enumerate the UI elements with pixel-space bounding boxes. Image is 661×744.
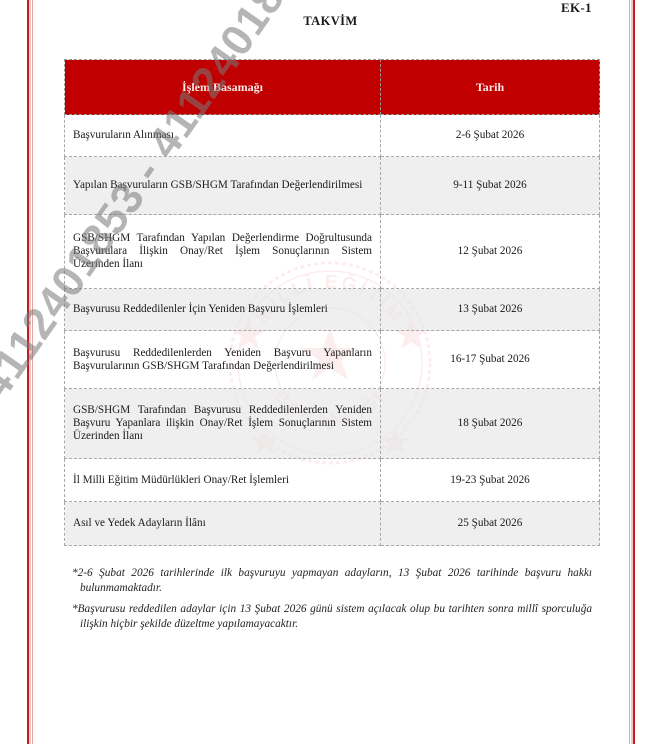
table-row: GSB/SHGM Tarafından Başvurusu Reddedilen… xyxy=(65,389,600,459)
table-header-row: İşlem Basamağı Tarih xyxy=(65,60,600,115)
step-cell: İl Milli Eğitim Müdürlükleri Onay/Ret İş… xyxy=(65,459,381,502)
date-cell: 12 Şubat 2026 xyxy=(381,215,600,289)
column-header-step: İşlem Basamağı xyxy=(65,60,381,115)
date-cell: 16-17 Şubat 2026 xyxy=(381,331,600,389)
schedule-table: İşlem Basamağı Tarih Başvuruların Alınma… xyxy=(64,59,600,546)
step-cell: Başvurusu Reddedilenler İçin Yeniden Baş… xyxy=(65,289,381,331)
step-cell: Asıl ve Yedek Adayların İlânı xyxy=(65,502,381,546)
table-row: Asıl ve Yedek Adayların İlânı 25 Şubat 2… xyxy=(65,502,600,546)
date-cell: 13 Şubat 2026 xyxy=(381,289,600,331)
table-row: GSB/SHGM Tarafından Yapılan Değerlendirm… xyxy=(65,215,600,289)
date-cell: 19-23 Şubat 2026 xyxy=(381,459,600,502)
page-title: TAKVİM xyxy=(0,14,661,29)
date-cell: 18 Şubat 2026 xyxy=(381,389,600,459)
date-cell: 2-6 Şubat 2026 xyxy=(381,115,600,157)
column-header-date: Tarih xyxy=(381,60,600,115)
date-cell: 25 Şubat 2026 xyxy=(381,502,600,546)
footnote-first-application: *2-6 Şubat 2026 tarihlerinde ilk başvuru… xyxy=(72,566,592,596)
step-cell: Yapılan Başvuruların GSB/SHGM Tarafından… xyxy=(65,157,381,215)
step-cell: GSB/SHGM Tarafından Başvurusu Reddedilen… xyxy=(65,389,381,459)
table-row: Başvuruların Alınması 2-6 Şubat 2026 xyxy=(65,115,600,157)
step-cell: Başvurusu Reddedilenlerden Yeniden Başvu… xyxy=(65,331,381,389)
footnote-rejected-applicants: *Başvurusu reddedilen adaylar için 13 Şu… xyxy=(72,602,592,632)
step-cell: Başvuruların Alınması xyxy=(65,115,381,157)
footnotes: *2-6 Şubat 2026 tarihlerinde ilk başvuru… xyxy=(72,566,592,638)
table-row: Başvurusu Reddedilenlerden Yeniden Başvu… xyxy=(65,331,600,389)
date-cell: 9-11 Şubat 2026 xyxy=(381,157,600,215)
step-cell: GSB/SHGM Tarafından Yapılan Değerlendirm… xyxy=(65,215,381,289)
table-row: Yapılan Başvuruların GSB/SHGM Tarafından… xyxy=(65,157,600,215)
table-row: İl Milli Eğitim Müdürlükleri Onay/Ret İş… xyxy=(65,459,600,502)
table-row: Başvurusu Reddedilenler İçin Yeniden Baş… xyxy=(65,289,600,331)
